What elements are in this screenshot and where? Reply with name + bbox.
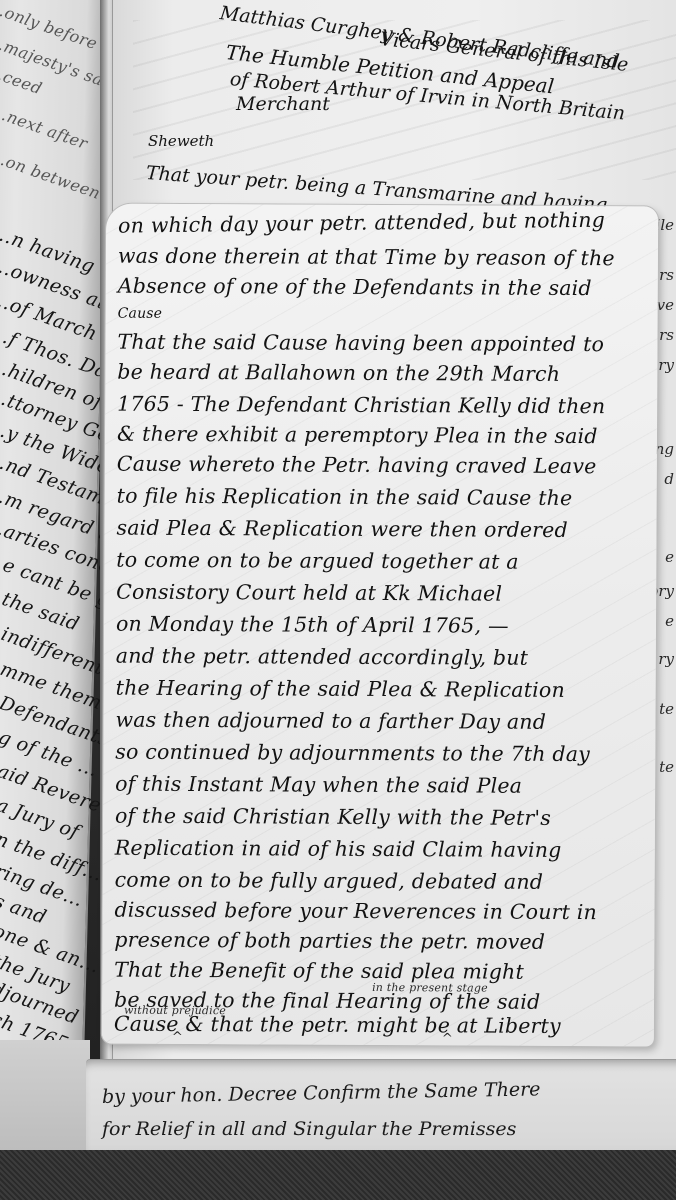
overlay-line: Absence of one of the Defendants in the … (118, 274, 592, 300)
overlay-line: come on to be fully argued, debated and (115, 868, 544, 894)
left-page: ...only before ...majesty's said ...ceed… (0, 0, 112, 1134)
overlay-line: the Hearing of the said Plea & Replicati… (116, 676, 565, 702)
margin-fragment: rs (659, 266, 674, 284)
overlay-line: of this Instant May when the said Plea (115, 772, 522, 798)
overlay-line: discussed before your Reverences in Cour… (114, 898, 597, 925)
overlay-line: Cause (118, 306, 163, 322)
overlay-line: to come on to be argued together at a (116, 548, 519, 574)
overlay-line: Cause whereto the Petr. having craved Le… (117, 452, 597, 479)
overlay-line: be heard at Ballahown on the 29th March (117, 360, 560, 386)
overlay-line: presence of both parties the petr. moved (114, 928, 545, 954)
margin-fragment: ve (657, 296, 674, 314)
manuscript-photo: ...only before ...majesty's said ...ceed… (0, 0, 676, 1200)
margin-fragment: rs (659, 326, 674, 344)
margin-fragment: ry (658, 650, 674, 668)
left-page-line: ...next after (0, 101, 90, 153)
left-page-line: ...on between (0, 146, 103, 203)
overlay-line: was done therein at that Time by reason … (118, 244, 615, 271)
insertion-caret-icon: ^ (442, 1031, 453, 1046)
pasted-overlay-slip: on which day your petr. attended, but no… (102, 204, 658, 1047)
overlay-line: That the Benefit of the said plea might (114, 958, 524, 984)
margin-fragment: e (665, 548, 674, 566)
margin-fragment: d (664, 470, 674, 488)
overlay-line: to file his Replication in the said Caus… (117, 484, 573, 510)
margin-fragment: te (659, 758, 674, 776)
interlinear-insertion: in the present stage (372, 981, 488, 995)
overlay-line: was then adjourned to a farther Day and (115, 708, 546, 734)
table-cloth-background (0, 1150, 676, 1200)
overlay-line: That the said Cause having been appointe… (117, 330, 604, 357)
overlay-line: & there exhibit a peremptory Plea in the… (117, 422, 598, 449)
overlay-line: and the petr. attended accordingly, but (116, 644, 528, 670)
overlay-line: of the said Christian Kelly with the Pet… (115, 804, 551, 830)
overlay-line: so continued by adjournments to the 7th … (115, 740, 590, 766)
overlay-line: Consistory Court held at Kk Michael (116, 580, 502, 606)
bottom-line: for Relief in all and Singular the Premi… (102, 1118, 516, 1140)
left-page-edges (0, 1040, 90, 1152)
overlay-line: on which day your petr. attended, but no… (118, 208, 605, 238)
overlay-line: Replication in aid of his said Claim hav… (115, 836, 562, 862)
role-line: Merchant (236, 93, 330, 115)
sheweth-line: Sheweth (148, 132, 214, 150)
overlay-line: said Plea & Replication were then ordere… (116, 516, 567, 542)
overlay-line: 1765 - The Defendant Christian Kelly did… (117, 392, 605, 419)
margin-fragment: ry (658, 356, 674, 374)
insertion-caret-icon: ^ (172, 1030, 183, 1045)
overlay-line: on Monday the 15th of April 1765, — (116, 612, 509, 638)
bottom-line: by your hon. Decree Confirm the Same The… (102, 1078, 541, 1108)
margin-fragment: te (659, 700, 674, 718)
margin-fragment: e (665, 612, 674, 630)
